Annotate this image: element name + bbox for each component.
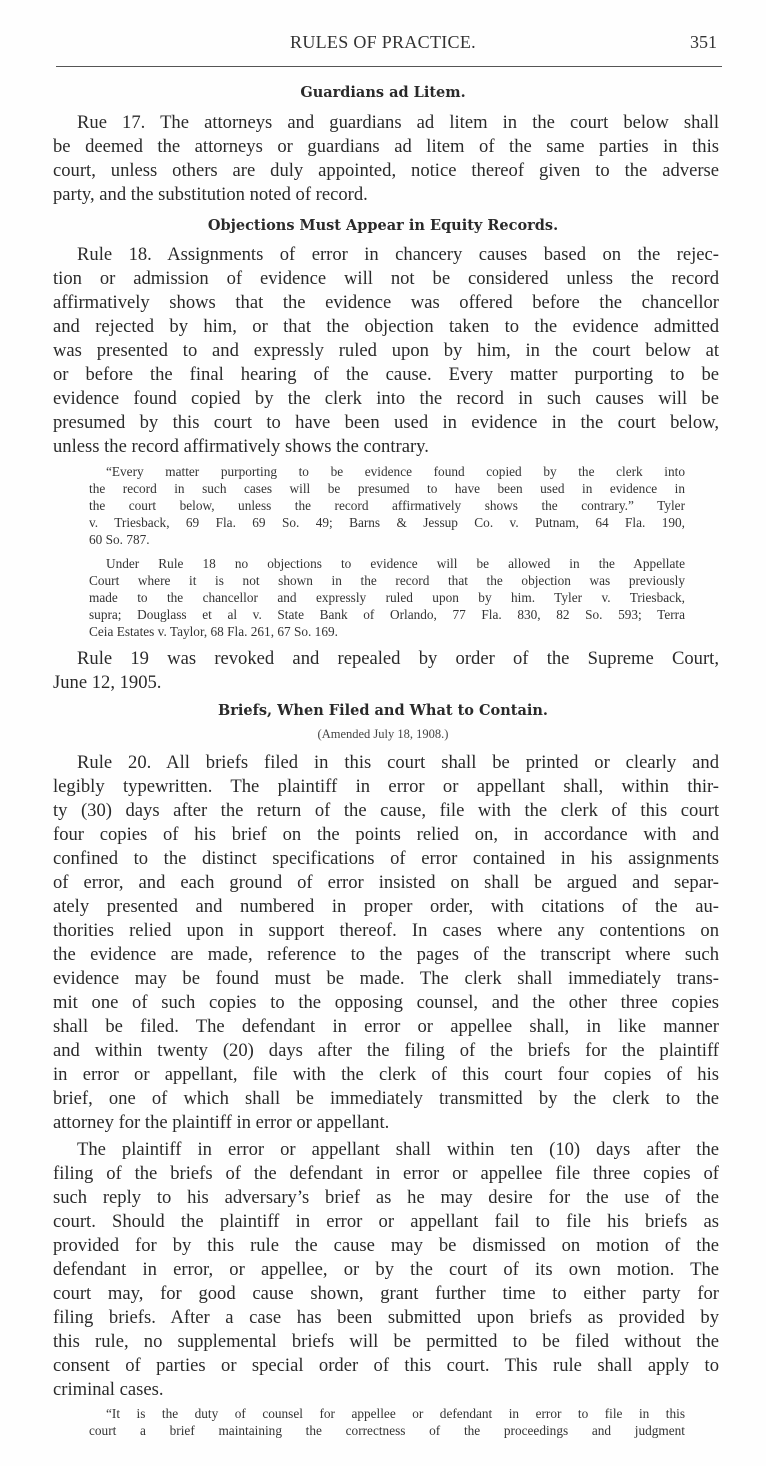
- rule-18-line: or before the final hearing of the cause…: [53, 363, 719, 387]
- annotation-line: Court where it is not shown in the recor…: [89, 572, 685, 589]
- rule-20-reply-line: this rule, no supplemental briefs will b…: [53, 1330, 719, 1354]
- rule-20-line: brief, one of which shall be immediately…: [53, 1087, 719, 1111]
- rule-18-line: unless the record affirmatively shows th…: [53, 435, 719, 459]
- rule-20-line: evidence may be found must be made. The …: [53, 967, 719, 991]
- annotation-line: Ceia Estates v. Taylor, 68 Fla. 261, 67 …: [89, 623, 685, 640]
- rule-18-line: tion or admission of evidence will not b…: [53, 267, 719, 291]
- annotation-line: supra; Douglass et al v. State Bank of O…: [89, 606, 685, 623]
- annotation-line: “It is the duty of counsel for appellee …: [106, 1405, 685, 1422]
- rule-20-line: mit one of such copies to the opposing c…: [53, 991, 719, 1015]
- rule-19-line: June 12, 1905.: [53, 671, 719, 695]
- section-heading-objections: Objections Must Appear in Equity Records…: [0, 217, 766, 234]
- rule-18-line: presumed by this court to have been used…: [53, 411, 719, 435]
- rule-20-line: Rule 20. All briefs filed in this court …: [77, 751, 719, 775]
- rule-20-reply-line: filing briefs. After a case has been sub…: [53, 1306, 719, 1330]
- annotation-line: the court below, unless the record affir…: [89, 497, 685, 514]
- rule-19-line: Rule 19 was revoked and repealed by orde…: [77, 647, 719, 671]
- rule-18-line: Rule 18. Assignments of error in chancer…: [77, 243, 719, 267]
- rule-20-reply-line: criminal cases.: [53, 1378, 719, 1402]
- annotation-line: made to the chancellor and expressly rul…: [89, 589, 685, 606]
- rule-20-line: attorney for the plaintiff in error or a…: [53, 1111, 719, 1135]
- rule-20-line: in error or appellant, file with the cle…: [53, 1063, 719, 1087]
- rule-20-reply-line: court may, for good cause shown, grant f…: [53, 1282, 719, 1306]
- rule-20-line: legibly typewritten. The plaintiff in er…: [53, 775, 719, 799]
- rule-17-line: Rue 17. The attorneys and guardians ad l…: [77, 111, 719, 135]
- rule-20-line: confined to the distinct specifications …: [53, 847, 719, 871]
- rule-20-line: the evidence are made, reference to the …: [53, 943, 719, 967]
- rule-20-reply-line: provided for by this rule the cause may …: [53, 1234, 719, 1258]
- rule-17-line: court, unless others are duly appointed,…: [53, 159, 719, 183]
- rule-20-line: and within twenty (20) days after the fi…: [53, 1039, 719, 1063]
- rule-20-line: four copies of his brief on the points r…: [53, 823, 719, 847]
- rule-20-line: shall be filed. The defendant in error o…: [53, 1015, 719, 1039]
- rule-18-line: was presented to and expressly ruled upo…: [53, 339, 719, 363]
- rule-18-line: and rejected by him, or that the objecti…: [53, 315, 719, 339]
- rule-18-line: evidence found copied by the clerk into …: [53, 387, 719, 411]
- rule-20-line: of error, and each ground of error insis…: [53, 871, 719, 895]
- rule-17-line: party, and the substitution noted of rec…: [53, 183, 719, 207]
- rule-20-reply-line: defendant in error, or appellee, or by t…: [53, 1258, 719, 1282]
- rule-20-line: ately presented and numbered in proper o…: [53, 895, 719, 919]
- annotation-line: Under Rule 18 no objections to evidence …: [106, 555, 685, 572]
- rule-18-line: affirmatively shows that the evidence wa…: [53, 291, 719, 315]
- annotation-line: 60 So. 787.: [89, 531, 685, 548]
- rule-20-reply-line: consent of parties or special order of t…: [53, 1354, 719, 1378]
- running-title: RULES OF PRACTICE.: [0, 32, 766, 53]
- header-rule: [56, 66, 722, 67]
- rule-17-line: be deemed the attorneys or guardians ad …: [53, 135, 719, 159]
- annotation-line: “Every matter purporting to be evidence …: [106, 463, 685, 480]
- amendment-note: (Amended July 18, 1908.): [0, 727, 766, 742]
- annotation-line: court a brief maintaining the correctnes…: [89, 1422, 685, 1439]
- section-heading-guardians: Guardians ad Litem.: [0, 84, 766, 101]
- rule-20-line: thorities relied upon in support thereof…: [53, 919, 719, 943]
- section-heading-briefs: Briefs, When Filed and What to Contain.: [0, 702, 766, 719]
- rule-20-reply-line: filing of the briefs of the defendant in…: [53, 1162, 719, 1186]
- rule-20-reply-line: The plaintiff in error or appellant shal…: [77, 1138, 719, 1162]
- page-number: 351: [690, 32, 717, 53]
- running-head: RULES OF PRACTICE. 351: [0, 32, 766, 56]
- rule-20-line: ty (30) days after the return of the cau…: [53, 799, 719, 823]
- rule-20-reply-line: such reply to his adversary’s brief as h…: [53, 1186, 719, 1210]
- rule-20-reply-line: court. Should the plaintiff in error or …: [53, 1210, 719, 1234]
- annotation-line: the record in such cases will be presume…: [89, 480, 685, 497]
- annotation-line: v. Triesback, 69 Fla. 69 So. 49; Barns &…: [89, 514, 685, 531]
- book-page: RULES OF PRACTICE. 351 Guardians ad Lite…: [0, 0, 766, 1466]
